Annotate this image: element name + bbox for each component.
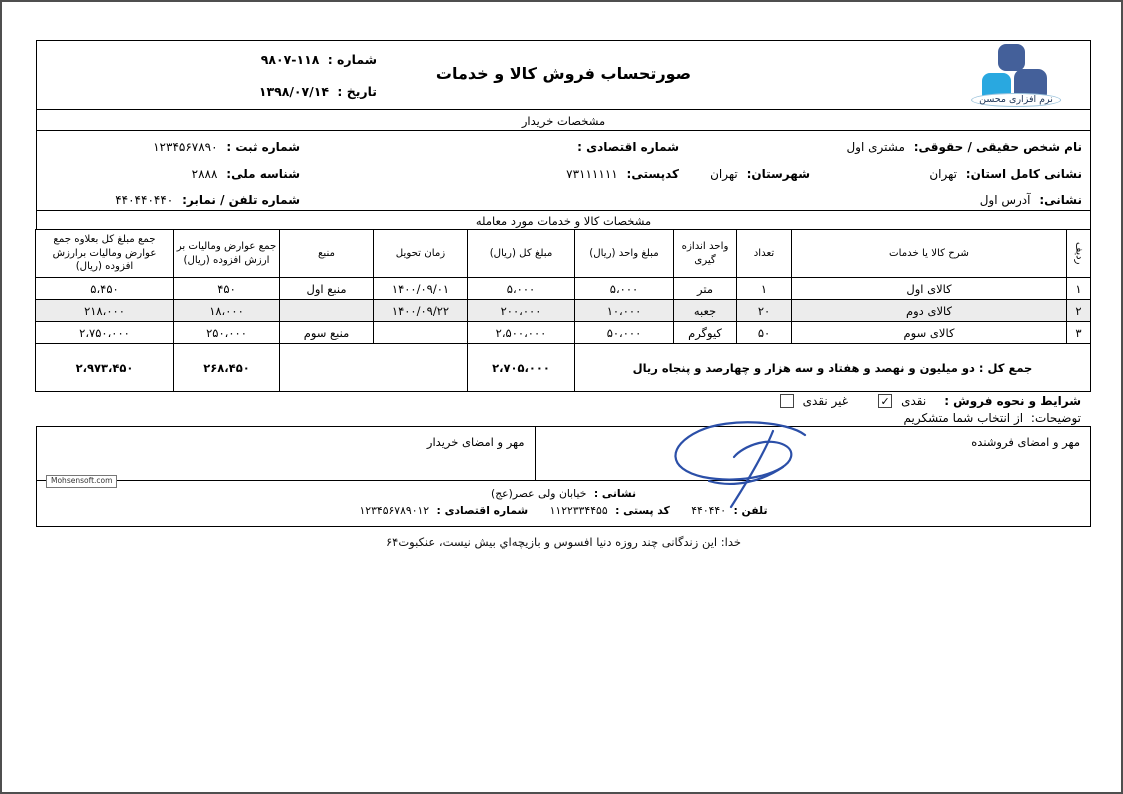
item-quantity: ۱ [737, 278, 792, 300]
item-row: ۳ کالای سوم ۵۰ کیوگرم ۵۰،۰۰۰ ۲،۵۰۰،۰۰۰ م… [36, 322, 1091, 344]
column-header-vat: جمع عوارض ومالیات بر ارزش افزوده (ریال) [174, 230, 280, 278]
totals-in-words: جمع کل : دو میلیون و نهصد و هفتاد و سه ه… [575, 344, 1091, 392]
item-delivery [374, 322, 468, 344]
totals-total: ۲،۷۰۵،۰۰۰ [468, 344, 575, 392]
buyer-national-id-label: شناسه ملی: [226, 167, 300, 181]
footer-address-line: نشانی : خیابان ولی عصر(عج) [37, 487, 1090, 500]
footer-contact-line: تلفن : ۴۴۰۴۴۰ کد پستی : ۱۱۲۲۳۳۴۴۵۵ شماره… [37, 504, 1090, 517]
invoice-date-label: تاریخ : [337, 84, 377, 99]
item-total: ۵،۰۰۰ [468, 278, 575, 300]
item-delivery: ۱۴۰۰/۰۹/۲۲ [374, 300, 468, 322]
item-unit: متر [674, 278, 737, 300]
item-unit: کیوگرم [674, 322, 737, 344]
buyer-province-value: تهران [929, 167, 957, 181]
buyer-postal-field: کدپستی: ۷۳۱۱۱۱۱۱ [566, 167, 679, 181]
buyer-signature-cell: مهر و امضای خریدار [37, 427, 535, 480]
buyer-city-label: شهرستان: [747, 167, 810, 181]
invoice-meta: شماره : ۱۱۸-۹۸۰۷ تاریخ : ۱۳۹۸/۰۷/۱۴ [217, 52, 377, 101]
invoice-number-value: ۱۱۸-۹۸۰۷ [261, 52, 320, 67]
item-vat: ۱۸،۰۰۰ [174, 300, 280, 322]
item-row-number: ۱ [1067, 278, 1091, 300]
item-vat: ۴۵۰ [174, 278, 280, 300]
item-quantity: ۲۰ [737, 300, 792, 322]
item-source: منبع سوم [280, 322, 374, 344]
cash-label: نقدی [901, 394, 926, 408]
column-header-unit: واحد اندازه گیری [674, 230, 737, 278]
item-unit: جعبه [674, 300, 737, 322]
brand-logo: نرم افزاری محسن [970, 43, 1062, 109]
footer-address-label: نشانی : [594, 487, 636, 500]
sale-terms-line: شرایط و نحوه فروش : نقدی ✓ غیر نقدی [780, 394, 1081, 408]
items-section-header: مشخصات کالا و خدمات مورد معامله [36, 210, 1091, 230]
buyer-registration-value: ۱۲۳۴۵۶۷۸۹۰ [153, 140, 217, 154]
buyer-province-field: نشانی کامل استان: تهران [929, 167, 1082, 181]
item-unit-price: ۱۰،۰۰۰ [575, 300, 674, 322]
buyer-phone-value: ۴۴۰۴۴۰۴۴۰ [115, 193, 173, 207]
item-source [280, 300, 374, 322]
invoice-date-value: ۱۳۹۸/۰۷/۱۴ [259, 84, 329, 99]
seller-signature-cell: مهر و امضای فروشنده [535, 427, 1090, 480]
item-row-number: ۲ [1067, 300, 1091, 322]
seller-footer: نشانی : خیابان ولی عصر(عج) تلفن : ۴۴۰۴۴۰… [36, 480, 1091, 527]
buyer-address-label: نشانی: [1039, 193, 1082, 207]
terms-section: شرایط و نحوه فروش : نقدی ✓ غیر نقدی توضی… [36, 392, 1091, 426]
totals-row: جمع کل : دو میلیون و نهصد و هفتاد و سه ه… [36, 344, 1091, 392]
brand-name: نرم افزاری محسن [971, 93, 1061, 107]
non-cash-label: غیر نقدی [803, 394, 848, 408]
footer-address-value: خیابان ولی عصر(عج) [491, 487, 586, 500]
buyer-phone-field: شماره تلفن / نمابر: ۴۴۰۴۴۰۴۴۰ [115, 193, 300, 207]
buyer-postal-value: ۷۳۱۱۱۱۱۱ [566, 167, 618, 181]
buyer-registration-label: شماره ثبت : [226, 140, 300, 154]
buyer-province-label: نشانی کامل استان: [966, 167, 1082, 181]
buyer-phone-label: شماره تلفن / نمابر: [182, 193, 300, 207]
notes-line: توضیحات: از انتخاب شما متشکریم [904, 411, 1081, 425]
footer-postal: کد پستی : ۱۱۲۲۳۳۴۴۵۵ [546, 504, 670, 517]
buyer-details: نام شخص حقیقی / حقوقی: مشتری اول شماره ا… [36, 131, 1091, 211]
cash-checkbox[interactable]: ✓ [878, 394, 892, 408]
item-grand-total: ۵،۴۵۰ [36, 278, 174, 300]
buyer-economic-label: شماره اقتصادی : [577, 140, 679, 154]
column-header-grand-total: جمع مبلغ کل بعلاوه جمع عوارض ومالیات برا… [36, 230, 174, 278]
buyer-address-field: نشانی: آدرس اول [980, 193, 1082, 207]
notes-label: توضیحات: [1031, 411, 1081, 425]
invoice-header: صورتحساب فروش کالا و خدمات شماره : ۱۱۸-۹… [36, 40, 1091, 110]
item-vat: ۲۵۰،۰۰۰ [174, 322, 280, 344]
buyer-section-header: مشخصات خریدار [36, 109, 1091, 131]
buyer-city-value: تهران [710, 167, 738, 181]
buyer-name-field: نام شخص حقیقی / حقوقی: مشتری اول [846, 140, 1082, 154]
item-source: منبع اول [280, 278, 374, 300]
column-header-unit-price: مبلغ واحد (ریال) [575, 230, 674, 278]
footer-quote: خدا: این زندگانی چند روزه دنیا افسوس و ب… [36, 535, 1091, 549]
totals-grand-total: ۲،۹۷۳،۴۵۰ [36, 344, 174, 392]
item-description: کالای سوم [792, 322, 1067, 344]
footer-phone-label: تلفن : [733, 504, 767, 517]
item-row: ۲ کالای دوم ۲۰ جعبه ۱۰،۰۰۰ ۲۰۰،۰۰۰ ۱۴۰۰/… [36, 300, 1091, 322]
item-row-number: ۳ [1067, 322, 1091, 344]
column-header-delivery: زمان تحویل [374, 230, 468, 278]
items-header-row: ردیف شرح کالا یا خدمات تعداد واحد اندازه… [36, 230, 1091, 278]
footer-postal-value: ۱۱۲۲۳۳۴۴۵۵ [550, 504, 608, 517]
footer-economic: شماره اقتصادی : ۱۲۳۴۵۶۷۸۹۰۱۲ [360, 504, 529, 517]
non-cash-checkbox[interactable] [780, 394, 794, 408]
item-grand-total: ۲،۷۵۰،۰۰۰ [36, 322, 174, 344]
item-description: کالای دوم [792, 300, 1067, 322]
site-watermark: Mohsensoft.com [46, 475, 117, 488]
buyer-signature-label: مهر و امضای خریدار [427, 435, 525, 449]
invoice-number: شماره : ۱۱۸-۹۸۰۷ [217, 52, 377, 69]
buyer-name-label: نام شخص حقیقی / حقوقی: [914, 140, 1082, 154]
column-header-description: شرح کالا یا خدمات [792, 230, 1067, 278]
buyer-national-id-field: شناسه ملی: ۲۸۸۸ [192, 167, 300, 181]
invoice-number-label: شماره : [328, 52, 377, 67]
footer-phone-value: ۴۴۰۴۴۰ [691, 504, 726, 517]
seller-signature-label: مهر و امضای فروشنده [971, 435, 1080, 449]
sale-terms-label: شرایط و نحوه فروش : [944, 394, 1081, 408]
invoice-title: صورتحساب فروش کالا و خدمات [37, 64, 1090, 83]
invoice-page: صورتحساب فروش کالا و خدمات شماره : ۱۱۸-۹… [0, 0, 1123, 794]
item-delivery: ۱۴۰۰/۰۹/۰۱ [374, 278, 468, 300]
buyer-name-value: مشتری اول [846, 140, 904, 154]
item-description: کالای اول [792, 278, 1067, 300]
column-header-row-number: ردیف [1067, 230, 1091, 278]
buyer-registration-field: شماره ثبت : ۱۲۳۴۵۶۷۸۹۰ [153, 140, 300, 154]
footer-economic-label: شماره اقتصادی : [437, 504, 529, 517]
item-unit-price: ۵،۰۰۰ [575, 278, 674, 300]
column-header-total: مبلغ کل (ریال) [468, 230, 575, 278]
totals-vat: ۲۶۸،۴۵۰ [174, 344, 280, 392]
column-header-source: منبع [280, 230, 374, 278]
signatures-section: مهر و امضای فروشنده مهر و امضای خریدار M… [36, 426, 1091, 481]
logo-square-top-icon [998, 44, 1025, 71]
column-header-quantity: تعداد [737, 230, 792, 278]
item-total: ۲۰۰،۰۰۰ [468, 300, 575, 322]
invoice-date: تاریخ : ۱۳۹۸/۰۷/۱۴ [217, 84, 377, 101]
item-grand-total: ۲۱۸،۰۰۰ [36, 300, 174, 322]
totals-empty-cell [280, 344, 468, 392]
buyer-address-value: آدرس اول [980, 193, 1031, 207]
notes-value: از انتخاب شما متشکریم [904, 411, 1024, 425]
item-total: ۲،۵۰۰،۰۰۰ [468, 322, 575, 344]
item-unit-price: ۵۰،۰۰۰ [575, 322, 674, 344]
buyer-economic-field: شماره اقتصادی : [572, 140, 679, 154]
footer-postal-label: کد پستی : [615, 504, 670, 517]
buyer-national-id-value: ۲۸۸۸ [192, 167, 218, 181]
item-row: ۱ کالای اول ۱ متر ۵،۰۰۰ ۵،۰۰۰ ۱۴۰۰/۰۹/۰۱… [36, 278, 1091, 300]
buyer-city-field: شهرستان: تهران [710, 167, 810, 181]
item-quantity: ۵۰ [737, 322, 792, 344]
footer-phone: تلفن : ۴۴۰۴۴۰ [688, 504, 768, 517]
buyer-postal-label: کدپستی: [627, 167, 679, 181]
items-table: ردیف شرح کالا یا خدمات تعداد واحد اندازه… [35, 229, 1091, 392]
invoice-content: صورتحساب فروش کالا و خدمات شماره : ۱۱۸-۹… [36, 40, 1091, 549]
footer-economic-value: ۱۲۳۴۵۶۷۸۹۰۱۲ [360, 504, 430, 517]
